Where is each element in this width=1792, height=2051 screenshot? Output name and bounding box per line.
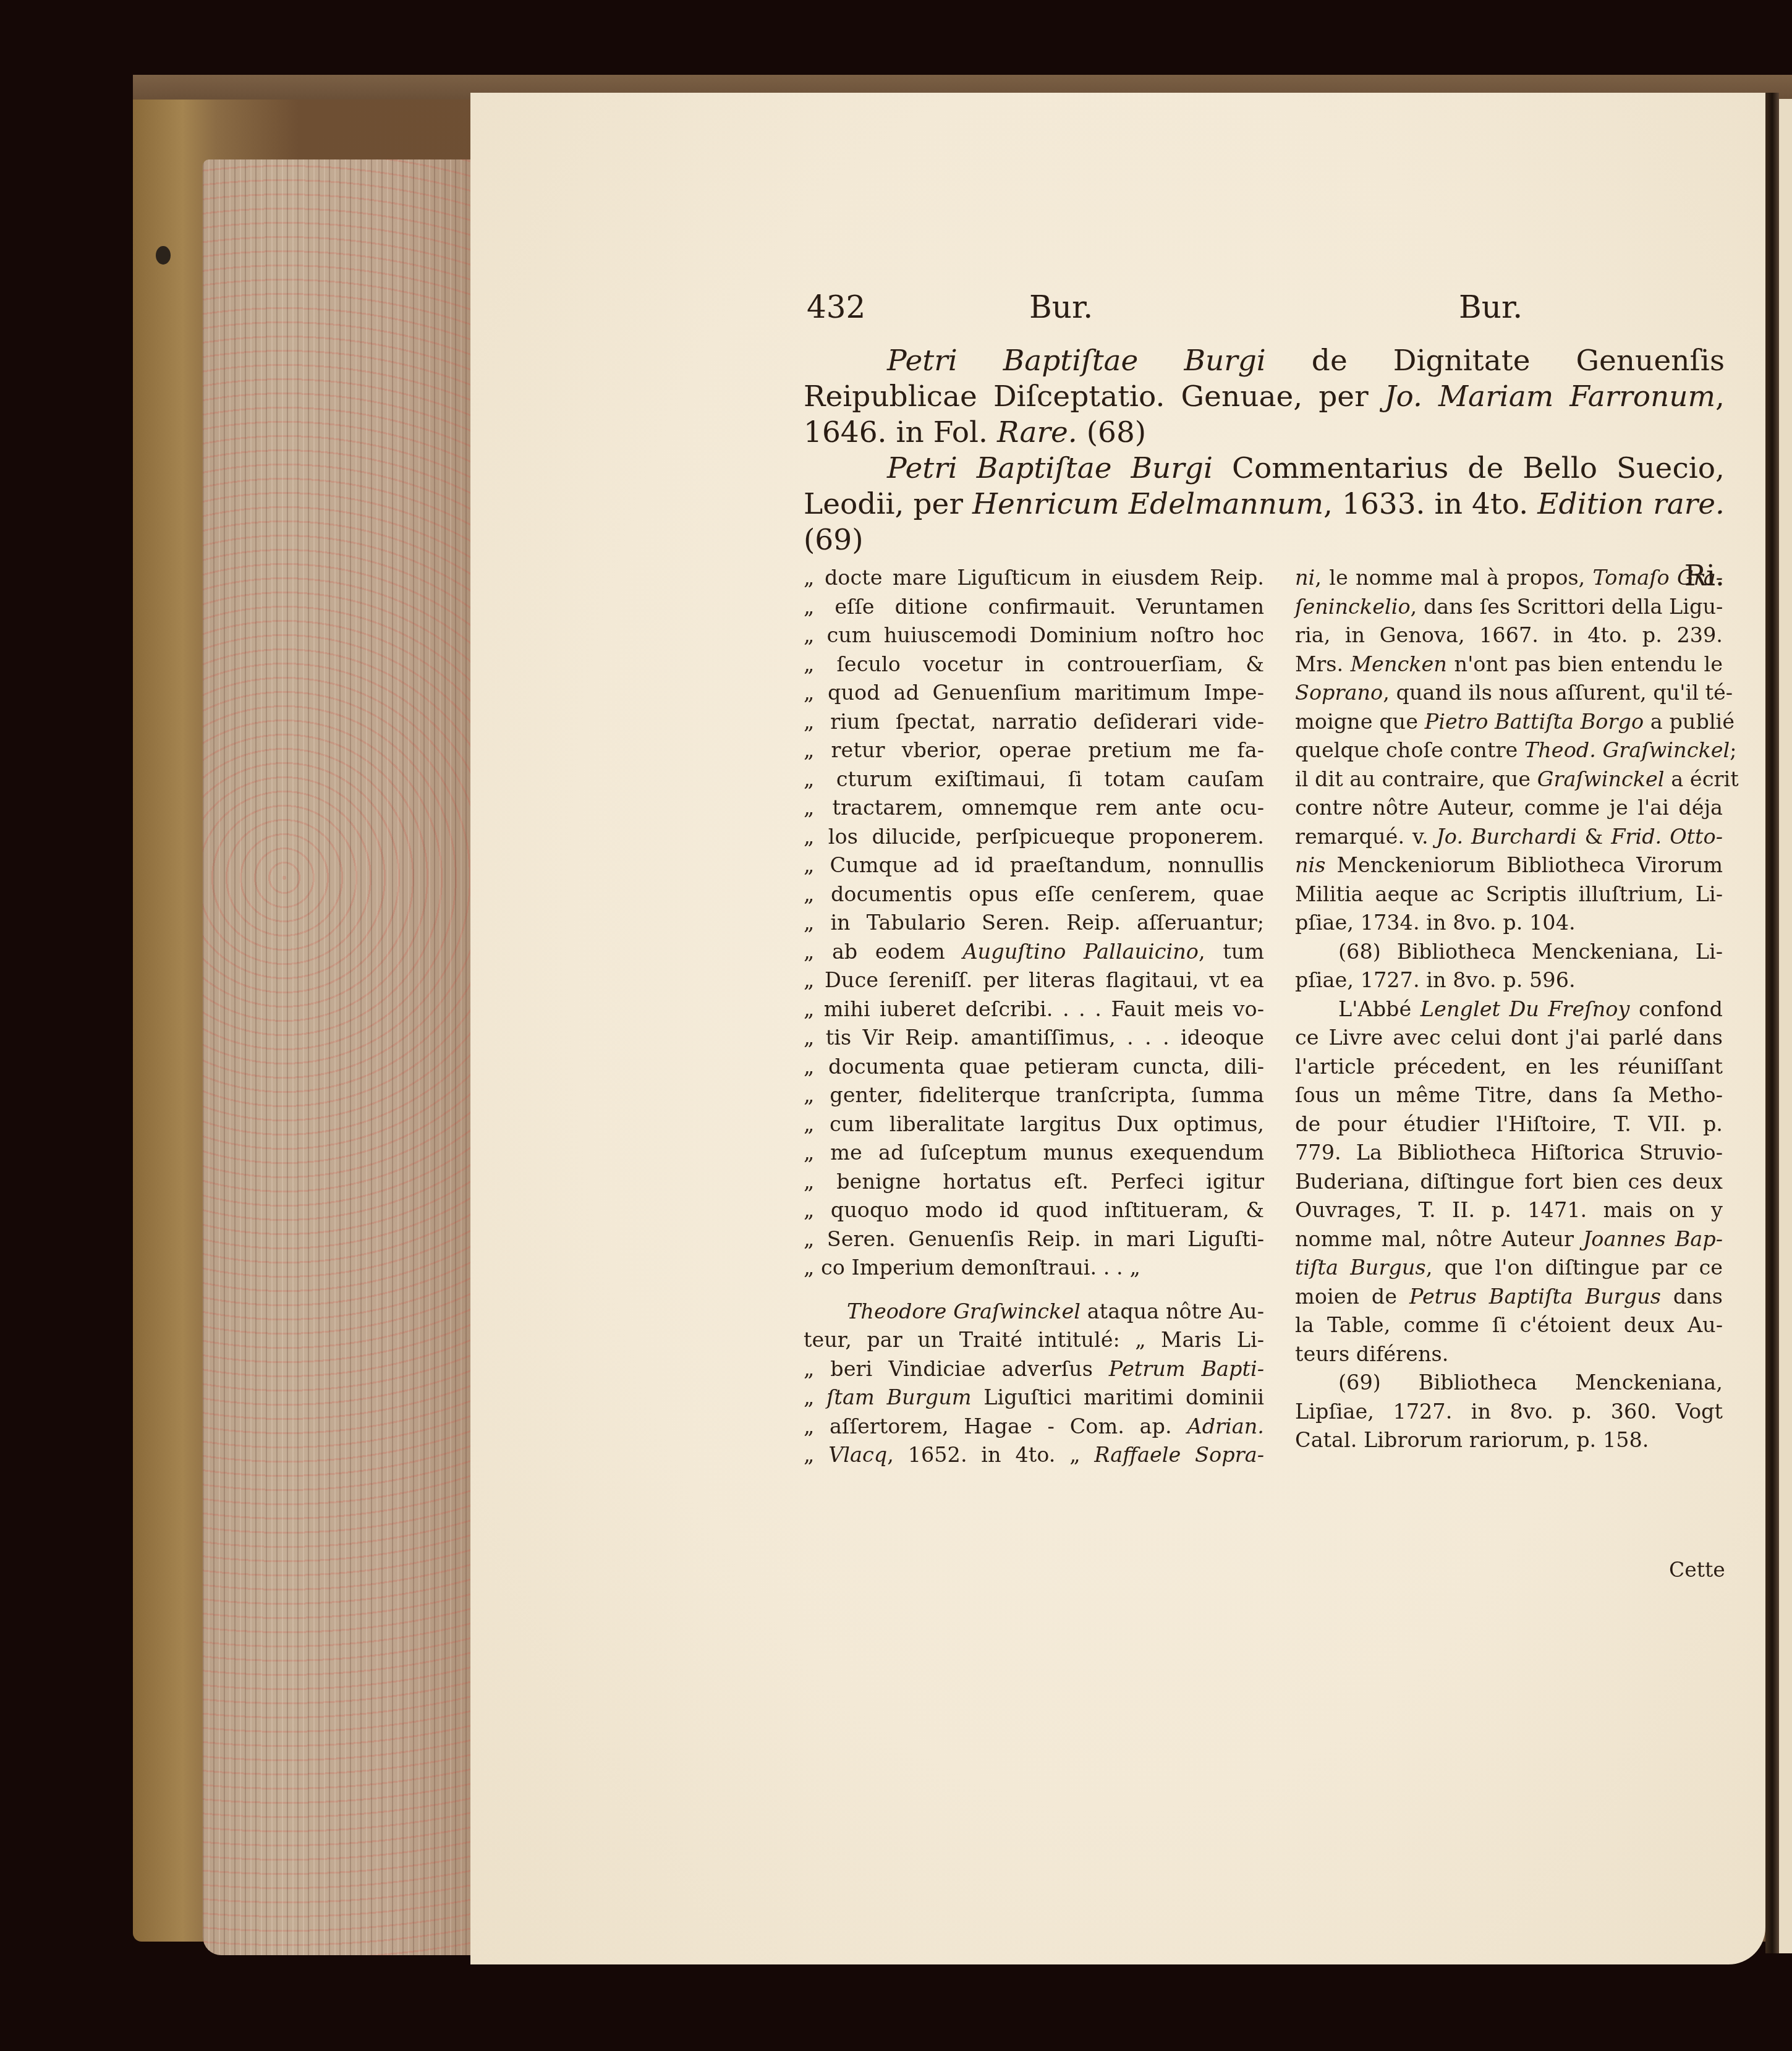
italic-run: Raffaele Sopra- — [1094, 1443, 1264, 1467]
roman-run: n'ont pas bien entendu le — [1447, 652, 1723, 676]
italic-run: tiſta Burgus — [1295, 1255, 1426, 1280]
text-line: Ouvrages, T. II. p. 1471. mais on y — [1295, 1196, 1723, 1225]
text-line: Catal. Librorum rariorum, p. 158. — [1295, 1426, 1723, 1455]
text-line: „ quoquo modo id quod inſtitueram, & — [804, 1196, 1264, 1225]
text-line: „ benigne hortatus eſt. Perfeci igitur — [804, 1168, 1264, 1197]
text-line: ſous un même Titre, dans ſa Metho- — [1295, 1081, 1723, 1110]
roman-run: „ eſſe ditione confirmauit. Veruntamen — [804, 595, 1264, 619]
roman-run: „ Duce ſereniſſ. per literas flagitaui, … — [804, 968, 1264, 992]
italic-run: Mencken — [1351, 652, 1447, 676]
text-line: „ quod ad Genuenſium maritimum Impe- — [804, 679, 1264, 708]
italic-run: Soprano — [1295, 681, 1383, 705]
text-line: „ ſtam Burgum Liguſtici maritimi dominii — [804, 1383, 1264, 1412]
italic-run: ni — [1295, 566, 1315, 590]
roman-run: , dans ſes Scrittori della Ligu- — [1411, 595, 1723, 619]
roman-run: L'Abbé — [1338, 997, 1420, 1021]
roman-run: „ — [804, 1385, 826, 1409]
roman-run: quelque choſe contre — [1295, 738, 1524, 762]
roman-run: „ retur vberior, operae pretium me fa- — [804, 738, 1264, 762]
entry-note-ref: (69) — [804, 523, 863, 557]
roman-run: (68) Bibliotheca Menckeniana, Li- — [1338, 940, 1723, 964]
roman-run: „ genter, fideliterque tranſcripta, ſumm… — [804, 1083, 1264, 1107]
text-line: „ docte mare Liguſticum in eiusdem Reip. — [804, 564, 1264, 593]
text-line: (69) Bibliotheca Menckeniana, — [1295, 1369, 1723, 1398]
text-line: „ genter, fideliterque tranſcripta, ſumm… — [804, 1081, 1264, 1110]
italic-run: ſtam Burgum — [826, 1385, 971, 1409]
text-line: ria, in Genova, 1667. in 4to. p. 239. — [1295, 621, 1723, 650]
roman-run: il dit au contraire, que — [1295, 767, 1537, 791]
text-line: il dit au contraire, que Graſwinckel a é… — [1295, 765, 1723, 794]
roman-run: „ tis Vir Reip. amantiſſimus, . . . ideo… — [804, 1025, 1264, 1050]
text-line: „ cum liberalitate largitus Dux optimus, — [804, 1110, 1264, 1139]
text-line: „ cturum exiſtimaui, ſi totam cauſam — [804, 765, 1264, 794]
italic-run: Frid. Otto- — [1611, 825, 1723, 849]
italic-run: Petrum Bapti- — [1109, 1357, 1264, 1381]
text-line: teurs diférens. — [1295, 1340, 1723, 1369]
entry-rarity: Rare. — [997, 415, 1077, 449]
roman-run: & — [1577, 825, 1612, 849]
italic-run: Pietro Battiſta Borgo — [1425, 710, 1644, 734]
italic-run: Auguſtino Pallauicino — [962, 940, 1199, 964]
text-line: l'article précedent, en les réuniſſant — [1295, 1053, 1723, 1082]
roman-run: , tum — [1199, 940, 1264, 964]
roman-run: nomme mal, nôtre Auteur — [1295, 1227, 1583, 1251]
text-line: „ beri Vindiciae adverſus Petrum Bapti- — [804, 1355, 1264, 1384]
facing-page-edge — [1779, 99, 1792, 1953]
roman-run: contre nôtre Auteur, comme je l'ai déja — [1295, 796, 1723, 820]
text-line: „ ab eodem Auguſtino Pallauicino, tum — [804, 938, 1264, 967]
text-line: „ aſſertorem, Hagae - Com. ap. Adrian. — [804, 1412, 1264, 1442]
roman-run: „ los dilucide, perſpicueque proponerem. — [804, 825, 1264, 849]
text-line: „ mihi iuberet deſcribi. . . . Fauit mei… — [804, 995, 1264, 1024]
text-line: remarqué. v. Jo. Burchardi & Frid. Otto- — [1295, 823, 1723, 852]
roman-run: de pour étudier l'Hiſtoire, T. VII. p. — [1295, 1112, 1723, 1136]
text-line: pſiae, 1734. in 8vo. p. 104. — [1295, 909, 1723, 938]
text-line: tiſta Burgus, que l'on diſtingue par ce — [1295, 1254, 1723, 1283]
roman-run: „ docte mare Liguſticum in eiusdem Reip. — [804, 566, 1264, 590]
text-line: „ Seren. Genuenſis Reip. in mari Liguſti… — [804, 1225, 1264, 1254]
roman-run: „ documentis opus eſſe cenſerem, quae — [804, 882, 1264, 906]
text-line: nis Menckeniorum Bibliotheca Virorum — [1295, 851, 1723, 880]
text-line: „ cum huiuscemodi Dominium noſtro hoc — [804, 621, 1264, 650]
roman-run: „ quod ad Genuenſium maritimum Impe- — [804, 681, 1264, 705]
roman-run: Militia aeque ac Scriptis illuſtrium, Li… — [1295, 882, 1723, 906]
roman-run: (69) Bibliotheca Menckeniana, — [1338, 1370, 1723, 1395]
text-line: pſiae, 1727. in 8vo. p. 596. — [1295, 966, 1723, 995]
italic-run: Vlacq — [828, 1443, 887, 1467]
roman-run: ; — [1730, 738, 1736, 762]
roman-run: confond — [1629, 997, 1723, 1021]
entry-author: Petri Baptiſtae Burgi — [887, 344, 1266, 378]
running-head: 432 Bur. Bur. — [804, 286, 1725, 329]
text-line: de pour étudier l'Hiſtoire, T. VII. p. — [1295, 1110, 1723, 1139]
roman-run: pſiae, 1727. in 8vo. p. 596. — [1295, 968, 1576, 992]
text-line: 779. La Bibliotheca Hiſtorica Struvio- — [1295, 1139, 1723, 1168]
text-line: quelque choſe contre Theod. Graſwinckel; — [1295, 736, 1723, 765]
text-line: L'Abbé Lenglet Du Freſnoy confond — [1295, 995, 1723, 1024]
paragraph-gap — [804, 1283, 1264, 1297]
text-line: nomme mal, nôtre Auteur Joannes Bap- — [1295, 1225, 1723, 1254]
roman-run: , quand ils nous aſſurent, qu'il té- — [1383, 681, 1733, 705]
roman-run: „ quoquo modo id quod inſtitueram, & — [804, 1198, 1264, 1222]
italic-run: Lenglet Du Freſnoy — [1420, 997, 1630, 1021]
italic-run: Joannes Bap- — [1583, 1227, 1723, 1251]
text-line: „ ſeculo vocetur in controuerſiam, & — [804, 650, 1264, 679]
italic-run: Adrian. — [1187, 1414, 1264, 1438]
bibliographic-entries: Petri Baptiſtae Burgi de Dignitate Genue… — [804, 343, 1725, 594]
roman-run: , 1652. in 4to. „ — [887, 1443, 1094, 1467]
roman-run: Menckeniorum Bibliotheca Virorum — [1325, 853, 1723, 877]
roman-run: „ — [804, 1443, 828, 1467]
roman-run: „ ab eodem — [804, 940, 962, 964]
italic-run: Theodore Graſwinckel — [847, 1299, 1081, 1323]
italic-run: ſeninckelio — [1295, 595, 1411, 619]
roman-run: „ Seren. Genuenſis Reip. in mari Liguſti… — [804, 1227, 1264, 1251]
roman-run: remarqué. v. — [1295, 825, 1436, 849]
text-line: „ rium ſpectat, narratio deſiderari vide… — [804, 708, 1264, 737]
roman-run: moigne que — [1295, 710, 1425, 734]
entry-imprint: , 1633. in 4to. — [1323, 487, 1537, 521]
roman-run: „ co Imperium demonſtraui. . . „ — [804, 1255, 1140, 1280]
cover-stud-icon — [156, 246, 171, 265]
text-line: „ Cumque ad id praeſtandum, nonnullis — [804, 851, 1264, 880]
roman-run: Buderiana, diſtingue fort bien ces deux — [1295, 1170, 1723, 1194]
running-head-left: Bur. — [1029, 286, 1093, 329]
text-line: moigne que Pietro Battiſta Borgo a publi… — [1295, 708, 1723, 737]
text-line: contre nôtre Auteur, comme je l'ai déja — [1295, 794, 1723, 823]
text-line: „ retur vberior, operae pretium me fa- — [804, 736, 1264, 765]
italic-run: Theod. Graſwinckel — [1524, 738, 1730, 762]
roman-run: „ cum liberalitate largitus Dux optimus, — [804, 1112, 1264, 1136]
roman-run: Catal. Librorum rariorum, p. 158. — [1295, 1428, 1649, 1452]
roman-run: a publié — [1644, 710, 1735, 734]
text-line: „ documenta quae petieram cuncta, dili- — [804, 1053, 1264, 1082]
roman-run: Lipſiae, 1727. in 8vo. p. 360. Vogt — [1295, 1399, 1723, 1424]
text-line: ce Livre avec celui dont j'ai parlé dans — [1295, 1024, 1723, 1053]
text-line: „ co Imperium demonſtraui. . . „ — [804, 1254, 1264, 1283]
text-line: „ me ad ſuſceptum munus exequendum — [804, 1139, 1264, 1168]
text-line: „ Vlacq, 1652. in 4to. „ Raffaele Sopra- — [804, 1441, 1264, 1470]
roman-run: , que l'on diſtingue par ce — [1426, 1255, 1723, 1280]
text-line: „ eſſe ditione confirmauit. Veruntamen — [804, 593, 1264, 622]
text-line: moien de Petrus Baptiſta Burgus dans — [1295, 1283, 1723, 1312]
roman-run: „ in Tabulario Seren. Reip. aſſeruantur; — [804, 911, 1264, 935]
page-gutter-shadow — [1765, 93, 1779, 1953]
roman-run: „ mihi iuberet deſcribi. . . . Fauit mei… — [804, 997, 1264, 1021]
entry-commentarius: Petri Baptiſtae Burgi Commentarius de Be… — [804, 451, 1725, 558]
roman-run: la Table, comme ſi c'étoient deux Au- — [1295, 1313, 1723, 1337]
roman-run: ſous un même Titre, dans ſa Metho- — [1295, 1083, 1723, 1107]
roman-run: „ tractarem, omnemque rem ante ocu- — [804, 796, 1264, 820]
roman-run: teur, par un Traité intitulé: „ Maris Li… — [804, 1328, 1264, 1352]
roman-run: ria, in Genova, 1667. in 4to. p. 239. — [1295, 623, 1723, 647]
italic-run: Tomaſo Gra- — [1592, 566, 1723, 590]
text-line: Buderiana, diſtingue fort bien ces deux — [1295, 1168, 1723, 1197]
roman-run: „ beri Vindiciae adverſus — [804, 1357, 1109, 1381]
roman-run: „ aſſertorem, Hagae - Com. ap. — [804, 1414, 1187, 1438]
italic-run: nis — [1295, 853, 1325, 877]
text-line: Mrs. Mencken n'ont pas bien entendu le — [1295, 650, 1723, 679]
roman-run: „ Cumque ad id praeſtandum, nonnullis — [804, 853, 1264, 877]
entry-author: Petri Baptiſtae Burgi — [887, 451, 1213, 485]
text-line: „ documentis opus eſſe cenſerem, quae — [804, 880, 1264, 909]
roman-run: „ cturum exiſtimaui, ſi totam cauſam — [804, 767, 1264, 791]
text-line: ſeninckelio, dans ſes Scrittori della Li… — [1295, 593, 1723, 622]
footnote-column-right: ni, le nomme mal à propos, Tomaſo Gra-ſe… — [1295, 564, 1723, 1455]
roman-run: 779. La Bibliotheca Hiſtorica Struvio- — [1295, 1140, 1723, 1165]
footnote-column-left: „ docte mare Liguſticum in eiusdem Reip.… — [804, 564, 1264, 1470]
roman-run: teurs diférens. — [1295, 1342, 1448, 1366]
text-line: Theodore Graſwinckel ataqua nôtre Au- — [804, 1297, 1264, 1327]
italic-run: Jo. Burchardi — [1436, 825, 1576, 849]
roman-run: ce Livre avec celui dont j'ai parlé dans — [1295, 1025, 1723, 1050]
text-line: la Table, comme ſi c'étoient deux Au- — [1295, 1311, 1723, 1340]
roman-run: „ cum huiuscemodi Dominium noſtro hoc — [804, 623, 1264, 647]
text-line: (68) Bibliotheca Menckeniana, Li- — [1295, 938, 1723, 967]
roman-run: Liguſtici maritimi dominii — [971, 1385, 1264, 1409]
entry-rarity: Edition rare. — [1537, 487, 1725, 521]
catchword-cette: Cette — [1669, 1558, 1725, 1582]
page-number: 432 — [807, 286, 865, 329]
roman-run: ataqua nôtre Au- — [1081, 1299, 1264, 1323]
italic-run: Graſwinckel — [1537, 767, 1665, 791]
entry-note-ref: (68) — [1077, 415, 1146, 449]
text-line: „ tractarem, omnemque rem ante ocu- — [804, 794, 1264, 823]
text-line: ni, le nomme mal à propos, Tomaſo Gra- — [1295, 564, 1723, 593]
entry-publisher: Henricum Edelmannum — [972, 487, 1323, 521]
text-line: Lipſiae, 1727. in 8vo. p. 360. Vogt — [1295, 1398, 1723, 1427]
roman-run: pſiae, 1734. in 8vo. p. 104. — [1295, 911, 1576, 935]
italic-run: Petrus Baptiſta Burgus — [1409, 1285, 1661, 1309]
roman-run: , le nomme mal à propos, — [1315, 566, 1592, 590]
roman-run: dans — [1661, 1285, 1723, 1309]
roman-run: „ documenta quae petieram cuncta, dili- — [804, 1055, 1264, 1079]
text-line: „ Duce ſereniſſ. per literas flagitaui, … — [804, 966, 1264, 995]
text-line: „ in Tabulario Seren. Reip. aſſeruantur; — [804, 909, 1264, 938]
text-line: Militia aeque ac Scriptis illuſtrium, Li… — [1295, 880, 1723, 909]
roman-run: moien de — [1295, 1285, 1409, 1309]
text-line: Soprano, quand ils nous aſſurent, qu'il … — [1295, 679, 1723, 708]
roman-run: Ouvrages, T. II. p. 1471. mais on y — [1295, 1198, 1723, 1222]
text-line: „ tis Vir Reip. amantiſſimus, . . . ideo… — [804, 1024, 1264, 1053]
roman-run: Mrs. — [1295, 652, 1351, 676]
roman-run: l'article précedent, en les réuniſſant — [1295, 1055, 1723, 1079]
roman-run: „ me ad ſuſceptum munus exequendum — [804, 1140, 1264, 1165]
roman-run: „ ſeculo vocetur in controuerſiam, & — [804, 652, 1264, 676]
roman-run: a écrit — [1665, 767, 1739, 791]
text-line: teur, par un Traité intitulé: „ Maris Li… — [804, 1326, 1264, 1355]
text-line: „ los dilucide, perſpicueque proponerem. — [804, 823, 1264, 852]
sprinkled-page-edges — [203, 159, 475, 1955]
entry-de-dignitate: Petri Baptiſtae Burgi de Dignitate Genue… — [804, 343, 1725, 451]
roman-run: „ benigne hortatus eſt. Perfeci igitur — [804, 1170, 1264, 1194]
roman-run: „ rium ſpectat, narratio deſiderari vide… — [804, 710, 1264, 734]
entry-publisher: Jo. Mariam Farronum — [1385, 380, 1715, 414]
running-head-right: Bur. — [1459, 286, 1522, 329]
